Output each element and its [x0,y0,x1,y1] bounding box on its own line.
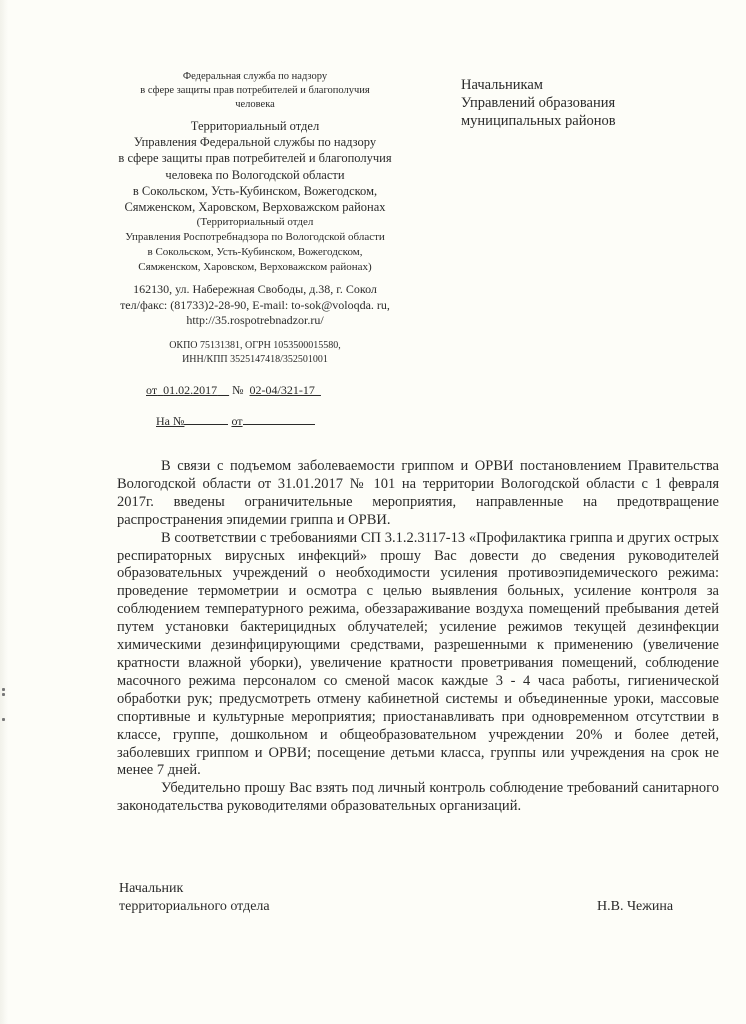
letter-page: Федеральная служба по надзору в сфере за… [0,0,746,1024]
incoming-reference: На № от [100,412,410,429]
date-prefix: от [146,383,157,397]
signature-block: Начальник территориального отдела Н.В. Ч… [119,880,719,916]
website-link[interactable]: http://35.rospotrebnadzor.ru/ [100,313,410,329]
scan-mark [2,718,5,721]
scan-mark [2,688,5,691]
reference-prefix: На № [156,414,184,428]
reference-from: от [231,414,242,428]
scan-mark [2,693,5,696]
territorial-office: Территориальный отдел Управления Федерал… [100,118,410,215]
signatory-name: Н.В. Чежина [597,898,673,916]
letter-body: В связи с подъемом заболеваемости гриппо… [117,458,719,816]
body-paragraph: В связи с подъемом заболеваемости гриппо… [117,458,719,530]
letter-number: 02-04/321-17_ [250,383,321,397]
agency-federal: Федеральная служба по надзору в сфере за… [100,70,410,112]
registry-codes: ОКПО 75131381, ОГРН 1053500015580, ИНН/К… [100,339,410,367]
outgoing-registration: от 01.02.2017 № 02-04/321-17_ [100,383,410,398]
body-paragraph: В соответствии с требованиями СП 3.1.2.3… [117,530,719,781]
signatory-title: Начальник [119,880,719,898]
office-address: 162130, ул. Набережная Свободы, д.38, г.… [100,282,410,329]
number-prefix: № [232,383,243,397]
body-paragraph: Убедительно прошу Вас взять под личный к… [117,780,719,816]
scan-left-edge [0,0,8,1024]
letterhead: Федеральная служба по надзору в сфере за… [100,70,410,429]
reference-date-blank [243,412,315,425]
reference-number-blank [184,412,228,425]
letter-date: 01.02.2017 [163,383,217,397]
territorial-office-short: (Территориальный отдел Управления Роспот… [100,215,410,274]
recipient-block: Начальникам Управлений образования муниц… [461,76,616,130]
